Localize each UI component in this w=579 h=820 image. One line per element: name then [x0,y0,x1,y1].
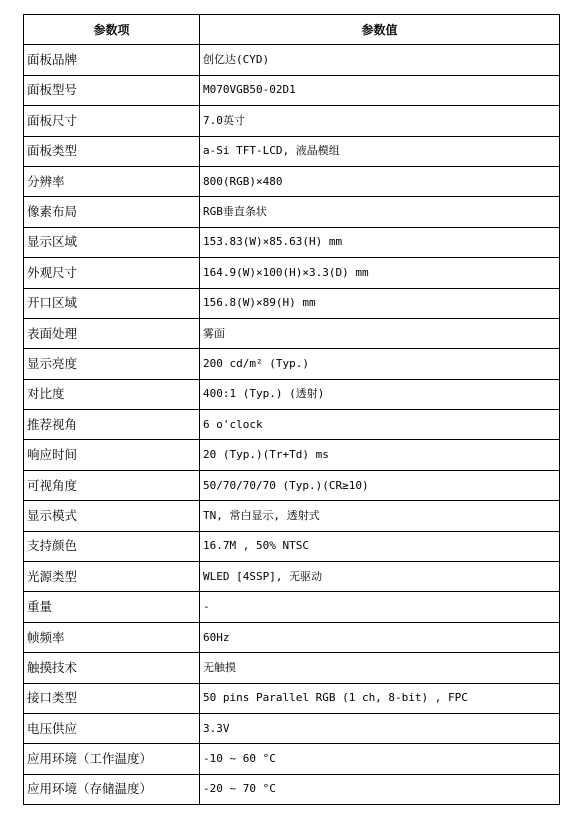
row-value: 200 cd/m² (Typ.) [200,349,560,379]
row-value: 156.8(W)×89(H) mm [200,288,560,318]
row-key: 接口类型 [24,683,200,713]
row-value: 164.9(W)×100(H)×3.3(D) mm [200,258,560,288]
table-row: 分辨率800(RGB)×480 [24,166,560,196]
table-row: 重量- [24,592,560,622]
header-param-value: 参数值 [200,15,560,45]
row-value: 800(RGB)×480 [200,166,560,196]
row-value: M070VGB50-02D1 [200,75,560,105]
row-key: 电压供应 [24,713,200,743]
row-key: 支持颜色 [24,531,200,561]
row-key: 面板类型 [24,136,200,166]
table-body: 面板品牌创亿达(CYD) 面板型号M070VGB50-02D1 面板尺寸7.0英… [24,45,560,805]
row-value: 400:1 (Typ.) (透射) [200,379,560,409]
table-row: 面板类型a-Si TFT-LCD, 液晶模组 [24,136,560,166]
row-key: 显示模式 [24,501,200,531]
row-key: 面板品牌 [24,45,200,75]
table-row: 显示亮度200 cd/m² (Typ.) [24,349,560,379]
table-row: 像素布局RGB垂直条状 [24,197,560,227]
row-value: 雾面 [200,318,560,348]
table-row: 响应时间20 (Typ.)(Tr+Td) ms [24,440,560,470]
table-row: 支持颜色16.7M , 50% NTSC [24,531,560,561]
row-value: 7.0英寸 [200,106,560,136]
row-value: -10 ~ 60 °C [200,744,560,774]
row-key: 显示区域 [24,227,200,257]
row-key: 响应时间 [24,440,200,470]
row-value: TN, 常白显示, 透射式 [200,501,560,531]
row-value: - [200,592,560,622]
row-value: 60Hz [200,622,560,652]
row-key: 分辨率 [24,166,200,196]
table-row: 可视角度50/70/70/70 (Typ.)(CR≥10) [24,470,560,500]
table-row: 接口类型50 pins Parallel RGB (1 ch, 8-bit) ,… [24,683,560,713]
row-value: 50 pins Parallel RGB (1 ch, 8-bit) , FPC [200,683,560,713]
table-row: 显示区域153.83(W)×85.63(H) mm [24,227,560,257]
header-row: 参数项 参数值 [24,15,560,45]
spec-table: 参数项 参数值 面板品牌创亿达(CYD) 面板型号M070VGB50-02D1 … [23,14,560,805]
row-value: 16.7M , 50% NTSC [200,531,560,561]
table-row: 应用环境（工作温度）-10 ~ 60 °C [24,744,560,774]
row-key: 像素布局 [24,197,200,227]
table-row: 帧频率60Hz [24,622,560,652]
row-key: 对比度 [24,379,200,409]
row-value: 6 o'clock [200,410,560,440]
row-key: 可视角度 [24,470,200,500]
table-row: 光源类型WLED [4SSP], 无驱动 [24,562,560,592]
table-row: 开口区域156.8(W)×89(H) mm [24,288,560,318]
row-value: 20 (Typ.)(Tr+Td) ms [200,440,560,470]
row-value: a-Si TFT-LCD, 液晶模组 [200,136,560,166]
row-key: 帧频率 [24,622,200,652]
table-row: 对比度400:1 (Typ.) (透射) [24,379,560,409]
row-value: 153.83(W)×85.63(H) mm [200,227,560,257]
table-row: 外观尺寸164.9(W)×100(H)×3.3(D) mm [24,258,560,288]
table-row: 面板品牌创亿达(CYD) [24,45,560,75]
table-row: 应用环境（存储温度）-20 ~ 70 °C [24,774,560,804]
row-value: RGB垂直条状 [200,197,560,227]
row-key: 应用环境（工作温度） [24,744,200,774]
row-key: 表面处理 [24,318,200,348]
row-key: 开口区域 [24,288,200,318]
row-key: 重量 [24,592,200,622]
header-param-item: 参数项 [24,15,200,45]
row-key: 应用环境（存储温度） [24,774,200,804]
row-key: 外观尺寸 [24,258,200,288]
table-row: 面板型号M070VGB50-02D1 [24,75,560,105]
table-header: 参数项 参数值 [24,15,560,45]
table-row: 触摸技术无触摸 [24,653,560,683]
row-value: 3.3V [200,713,560,743]
row-key: 面板尺寸 [24,106,200,136]
row-key: 触摸技术 [24,653,200,683]
row-key: 推荐视角 [24,410,200,440]
table-row: 面板尺寸7.0英寸 [24,106,560,136]
table-row: 推荐视角6 o'clock [24,410,560,440]
row-key: 光源类型 [24,562,200,592]
row-value: -20 ~ 70 °C [200,774,560,804]
row-value: 无触摸 [200,653,560,683]
row-key: 显示亮度 [24,349,200,379]
row-key: 面板型号 [24,75,200,105]
table-row: 显示模式TN, 常白显示, 透射式 [24,501,560,531]
table-row: 表面处理雾面 [24,318,560,348]
row-value: 创亿达(CYD) [200,45,560,75]
row-value: WLED [4SSP], 无驱动 [200,562,560,592]
table-row: 电压供应3.3V [24,713,560,743]
row-value: 50/70/70/70 (Typ.)(CR≥10) [200,470,560,500]
